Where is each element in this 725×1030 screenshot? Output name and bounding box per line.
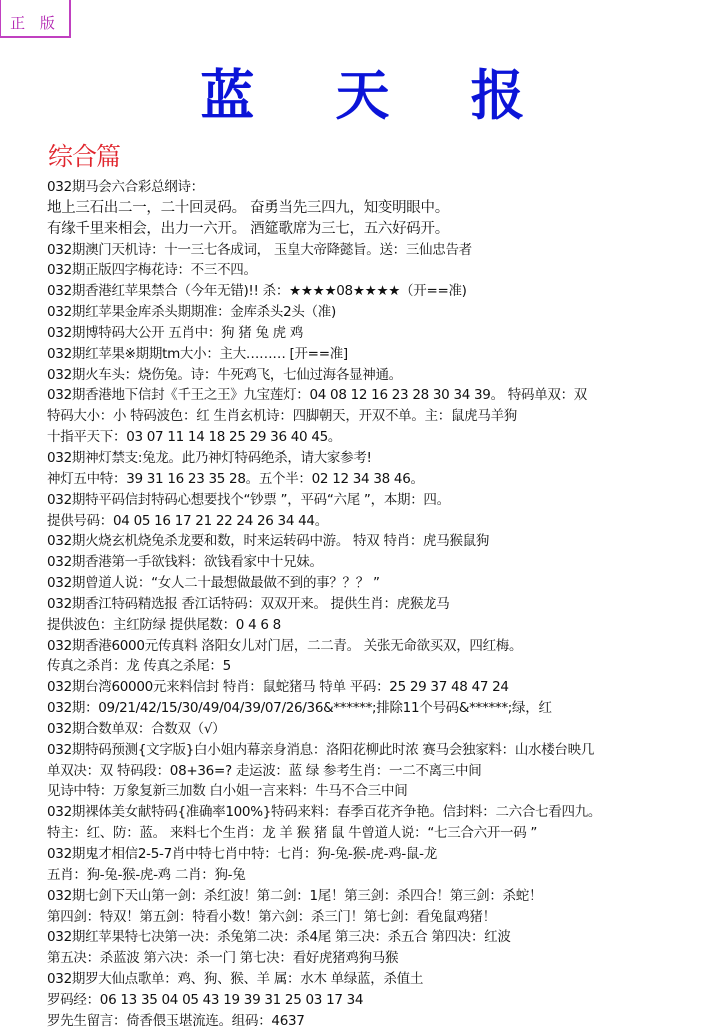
text-line: 032期台湾60000元来料信封 特肖：鼠蛇猪马 特单 平码：25 29 37 … bbox=[47, 677, 719, 698]
text-line: 032期正版四字梅花诗：不三不四。 bbox=[47, 260, 719, 281]
text-line: 032期鬼才相信2-5-7肖中特七肖中特：七肖：狗-兔-猴-虎-鸡-鼠-龙 bbox=[47, 844, 719, 865]
text-line: 单双决：双 特码段：08+36=? 走运波：蓝 绿 参考生肖：一二不离三中间 bbox=[47, 761, 719, 782]
text-line: 十指平天下：03 07 11 14 18 25 29 36 40 45。 bbox=[47, 427, 719, 448]
text-line: 传真之杀肖：龙 传真之杀尾：5 bbox=[47, 656, 719, 677]
text-line: 032期香港6000元传真料 洛阳女儿对门居，二二青。 关张无命欲买双，四红梅。 bbox=[47, 636, 719, 657]
text-line: 032期七剑下天山第一剑：杀红波！第二剑：1尾！第三剑：杀四合！第三剑：杀蛇！ bbox=[47, 886, 719, 907]
masthead-char-2: 天 bbox=[336, 60, 390, 130]
text-line: 032期红苹果特七决第一决：杀兔第二决：杀4尾 第三决：杀五合 第四决：红波 bbox=[47, 927, 719, 948]
text-line: 神灯五中特：39 31 16 23 35 28。五个半：02 12 34 38 … bbox=[47, 469, 719, 490]
article-body: 032期马会六合彩总纲诗： 地上三石出二一，二十回灵码。 奋勇当先三四九，知变明… bbox=[47, 177, 719, 1030]
text-line: 032期：09/21/42/15/30/49/04/39/07/26/36&**… bbox=[47, 698, 719, 719]
text-line: 032期合数单双：合数双（√） bbox=[47, 719, 719, 740]
text-line: 提供号码：04 05 16 17 21 22 24 26 34 44。 bbox=[47, 511, 719, 532]
masthead-char-1: 蓝 bbox=[200, 60, 254, 130]
text-line: 地上三石出二一，二十回灵码。 奋勇当先三四九，知变明眼中。 bbox=[47, 198, 719, 219]
text-line: 第四剑：特双！第五剑：特看小数！第六剑：杀三门！第七剑：看兔鼠鸡猪！ bbox=[47, 907, 719, 928]
text-line: 见诗中特：万象复新三加数 白小姐一言来料：牛马不合三中间 bbox=[47, 781, 719, 802]
section-heading: 综合篇 bbox=[48, 139, 120, 175]
text-line: 032期火车头：烧伤兔。诗：牛死鸡飞，七仙过海各显神通。 bbox=[47, 365, 719, 386]
masthead-title: 蓝 天 报 bbox=[0, 60, 725, 130]
text-line: 032期香港红苹果禁合（今年无错)!! 杀：★★★★08★★★★（开==准) bbox=[47, 281, 719, 302]
text-line: 第五决：杀蓝波 第六决：杀一门 第七决：看好虎猪鸡狗马猴 bbox=[47, 948, 719, 969]
text-line: 032期红苹果金库杀头期期准：金库杀头2头（准) bbox=[47, 302, 719, 323]
text-line: 032期博特码大公开 五肖中：狗 猪 兔 虎 鸡 bbox=[47, 323, 719, 344]
authentic-edition-badge: 正 版 bbox=[0, 0, 71, 38]
text-line: 032期罗大仙点歌单：鸡、狗、猴、羊 属：水木 单绿蓝，杀值土 bbox=[47, 969, 719, 990]
masthead-char-3: 报 bbox=[471, 60, 525, 130]
text-line: 五肖：狗-兔-猴-虎-鸡 二肖：狗-兔 bbox=[47, 865, 719, 886]
text-line: 032期香港第一手欲钱料：欲钱看家中十兄妹。 bbox=[47, 552, 719, 573]
text-line: 032期火烧玄机烧兔杀龙要和数，时来运转码中游。 特双 特肖：虎马猴鼠狗 bbox=[47, 531, 719, 552]
text-line: 特主：红、防：蓝。 来料七个生肖：龙 羊 猴 猪 鼠 牛曾道人说：“七三合六开一… bbox=[47, 823, 719, 844]
text-line: 032期香港地下信封《千王之王》九宝莲灯：04 08 12 16 23 28 3… bbox=[47, 385, 719, 406]
text-line: 032期特码预测{文字版}白小姐内幕亲身消息：洛阳花柳此时浓 赛马会独家料：山水… bbox=[47, 740, 719, 761]
text-line: 罗码经：06 13 35 04 05 43 19 39 31 25 03 17 … bbox=[47, 990, 719, 1011]
text-line: 特码大小：小 特码波色：红 生肖玄机诗：四脚朝天，开双不单。主：鼠虎马羊狗 bbox=[47, 406, 719, 427]
text-line: 032期香江特码精选报 香江话特码：双双开来。 提供生肖：虎猴龙马 bbox=[47, 594, 719, 615]
text-line: 032期特平码信封特码心想要找个“钞票 ”，平码“六尾 ”，本期：四。 bbox=[47, 490, 719, 511]
text-line: 有缘千里来相会，出力一六开。 酒筵歌席为三七，五六好码开。 bbox=[47, 219, 719, 240]
text-line: 提供波色：主红防绿 提供尾数：0 4 6 8 bbox=[47, 615, 719, 636]
text-line: 032期神灯禁支:兔龙。此乃神灯特码绝杀，请大家参考! bbox=[47, 448, 719, 469]
text-line: 032期红苹果※期期tm大小：主大……… [开==准] bbox=[47, 344, 719, 365]
text-line: 032期澳门天机诗：十一三七各成词， 玉皇大帝降懿旨。送：三仙忠告者 bbox=[47, 240, 719, 261]
text-line: 罗先生留言：倚香偎玉堪流连。组码：4637 bbox=[47, 1011, 719, 1030]
text-line: 032期曾道人说：“女人二十最想做最做不到的事？？？ ” bbox=[47, 573, 719, 594]
text-line: 032期马会六合彩总纲诗： bbox=[47, 177, 719, 198]
text-line: 032期裸体美女献特码{准确率100%}特码来料：春季百花齐争艳。信封料：二六合… bbox=[47, 802, 719, 823]
